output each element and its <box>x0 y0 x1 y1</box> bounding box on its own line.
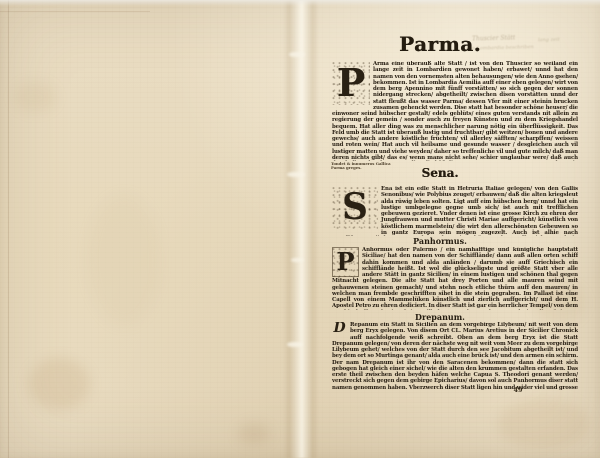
stain-spot <box>88 195 160 325</box>
photo-background-sliver <box>0 0 600 6</box>
crease-mark <box>291 258 304 262</box>
heading-panhormus: Panhormus. <box>332 236 548 246</box>
paper-edge-top <box>0 11 150 12</box>
drop-cap-panhormus: P <box>332 247 359 277</box>
section-drepanum-text: Repanum ein Statt in Sicilien an dem vor… <box>332 322 578 391</box>
book-spread-photo: Thuscier Stätt von Lombardia beschriben … <box>0 0 600 458</box>
crease-mark <box>287 172 305 177</box>
paper-edge-left <box>8 0 9 458</box>
section-sena-paragraph: SEna ist ein edle Statt in Hetruria Ital… <box>332 186 578 236</box>
page-number: 49 <box>506 386 530 394</box>
drop-cap-sena: S <box>332 186 378 229</box>
stain-spot <box>28 358 90 410</box>
section-panhormus-text: Anhormus oder Palermo / ein namhafftige … <box>332 247 578 310</box>
section-parma-paragraph: PArma eine überauß alte Statt / ist von … <box>332 61 578 161</box>
drop-cap-drepanum: D <box>332 322 347 334</box>
crease-mark <box>287 342 303 347</box>
stain-spot <box>14 82 56 112</box>
drop-cap-parma: P <box>332 61 370 105</box>
page-title: Parma. <box>332 32 548 56</box>
stain-spot <box>498 398 590 450</box>
section-panhormus-paragraph: PAnhormus oder Palermo / ein namhafftige… <box>332 247 578 310</box>
stain-spot <box>238 423 270 445</box>
section-drepanum-paragraph: DRepanum ein Statt in Sicilien an dem vo… <box>332 322 578 391</box>
center-fold-crease <box>283 0 319 458</box>
heading-drepanum: Drepanum. <box>332 312 548 322</box>
crease-mark <box>289 52 305 57</box>
heading-sena: Sena. <box>332 166 548 180</box>
